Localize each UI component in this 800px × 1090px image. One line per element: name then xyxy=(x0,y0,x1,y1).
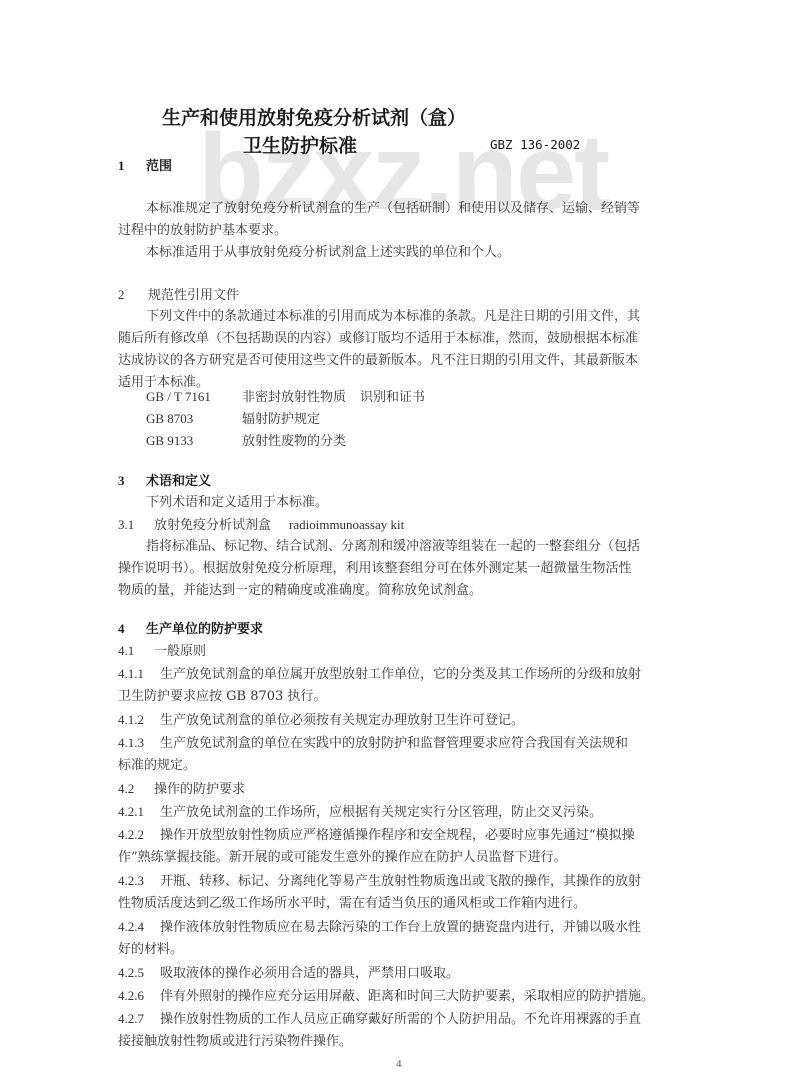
document-title-line2: 卫生防护标准 xyxy=(243,131,357,158)
subsection-number: 4.1 xyxy=(118,640,154,662)
subsection-4-2-heading: 4.2操作的防护要求 xyxy=(118,778,684,801)
clause-number: 4.2.7 xyxy=(118,1008,160,1030)
section-number: 2 xyxy=(118,284,148,306)
reference-title: 辐射防护规定 xyxy=(242,412,320,427)
clause-4-2-3: 4.2.3开瓶、转移、标记、分离纯化等易产生放射性物质逸出或飞散的操作，其操作的… xyxy=(118,870,684,893)
page-number: 4 xyxy=(396,1058,402,1070)
paragraph-line: 指将标准品、标记物、结合试剂、分离剂和缓冲溶液等组装在一起的一整套组分（包括 xyxy=(146,536,712,558)
clause-continuation: 作”熟练掌握技能。新开展的或可能发生意外的操作应在防护人员监督下进行。 xyxy=(118,847,684,869)
reference-title: 非密封放射性物质 xyxy=(242,390,346,405)
clause-continuation: 性物质活度达到乙级工作场所水平时，需在有适当负压的通风柜或工作箱内进行。 xyxy=(118,893,684,915)
clause-text: 伴有外照射的操作应充分运用屏蔽、距离和时间三大防护要素，采取相应的防护措施。 xyxy=(160,989,654,1004)
clause-text: 生产放免试剂盒的工作场所，应根据有关规定实行分区管理，防止交叉污染。 xyxy=(160,805,602,820)
clause-continuation: 卫生防护要求应按 GB 8703 执行。 xyxy=(118,686,684,708)
term-number: 3.1 xyxy=(118,514,154,536)
paragraph-line: 下列术语和定义适用于本标准。 xyxy=(146,492,712,514)
clause-number: 4.2.4 xyxy=(118,916,160,938)
section-title: 术语和定义 xyxy=(146,474,211,489)
clause-number: 4.1.3 xyxy=(118,732,160,754)
paragraph-line: 过程中的放射防护基本要求。 xyxy=(118,220,684,242)
clause-number: 4.2.5 xyxy=(118,962,160,984)
paragraph-line: 本标准规定了放射免疫分析试剂盒的生产（包括研制）和使用以及储存、运输、经销等 xyxy=(146,198,712,220)
clause-number: 4.2.2 xyxy=(118,824,160,846)
clause-text: 生产放免试剂盒的单位在实践中的放射防护和监督管理要求应符合我国有关法规和 xyxy=(160,736,628,751)
clause-text: 生产放免试剂盒的单位属开放型放射工作单位，它的分类及其工作场所的分级和放射 xyxy=(160,667,641,682)
subsection-number: 4.2 xyxy=(118,778,154,800)
clause-continuation: 好的材料。 xyxy=(118,939,684,961)
subsection-4-1-heading: 4.1一般原则 xyxy=(118,640,684,663)
clause-4-2-2: 4.2.2操作开放型放射性物质应严格遵循操作程序和安全规程，必要时应事先通过“模… xyxy=(118,824,684,847)
clause-number: 4.2.6 xyxy=(118,985,160,1007)
section-title: 规范性引用文件 xyxy=(148,288,239,303)
clause-number: 4.1.1 xyxy=(118,663,160,685)
reference-title: 放射性废物的分类 xyxy=(242,434,346,449)
reference-title-part2: 识别和证书 xyxy=(360,390,425,405)
clause-text: 操作开放型放射性物质应严格遵循操作程序和安全规程，必要时应事先通过“模拟操 xyxy=(160,828,635,843)
reference-code: GB 9133 xyxy=(146,430,242,452)
clause-4-2-6: 4.2.6伴有外照射的操作应充分运用屏蔽、距离和时间三大防护要素，采取相应的防护… xyxy=(118,985,684,1008)
paragraph-line: 随后所有修改单（不包括勘误的内容）或修订版均不适用于本标准，然而，鼓励根据本标准 xyxy=(118,328,684,350)
section-3-heading: 3术语和定义 xyxy=(118,470,684,493)
subsection-title: 一般原则 xyxy=(154,644,206,659)
clause-4-1-3: 4.1.3生产放免试剂盒的单位在实践中的放射防护和监督管理要求应符合我国有关法规… xyxy=(118,732,684,755)
clause-text: 生产放免试剂盒的单位必须按有关规定办理放射卫生许可登记。 xyxy=(160,713,524,728)
clause-number: 4.2.3 xyxy=(118,870,160,892)
reference-item: GB 9133放射性废物的分类 xyxy=(146,430,712,453)
section-1-heading: 1范围 xyxy=(118,155,684,178)
clause-4-2-1: 4.2.1生产放免试剂盒的工作场所，应根据有关规定实行分区管理，防止交叉污染。 xyxy=(118,801,684,824)
clause-4-1-1: 4.1.1生产放免试剂盒的单位属开放型放射工作单位，它的分类及其工作场所的分级和… xyxy=(118,663,684,686)
clause-4-2-5: 4.2.5吸取液体的操作必须用合适的器具，严禁用口吸取。 xyxy=(118,962,684,985)
section-4-heading: 4生产单位的防护要求 xyxy=(118,618,684,641)
term-heading: 3.1放射免疫分析试剂盒radioimmunoassay kit xyxy=(118,514,684,537)
clause-continuation: 接接触放射性物质或进行污染物件操作。 xyxy=(118,1031,684,1053)
clause-number: 4.2.1 xyxy=(118,801,160,823)
clause-number: 4.1.2 xyxy=(118,709,160,731)
term-name-en: radioimmunoassay kit xyxy=(289,517,404,532)
section-number: 4 xyxy=(118,618,146,640)
paragraph-line: 本标准适用于从事放射免疫分析试剂盒上述实践的单位和个人。 xyxy=(146,242,712,264)
subsection-title: 操作的防护要求 xyxy=(154,782,245,797)
clause-4-2-7: 4.2.7操作放射性物质的工作人员应正确穿戴好所需的个人防护用品。不允许用裸露的… xyxy=(118,1008,684,1031)
clause-4-2-4: 4.2.4操作液体放射性物质应在易去除污染的工作台上放置的搪瓷盘内进行，并铺以吸… xyxy=(118,916,684,939)
reference-item: GB / T 7161非密封放射性物质识别和证书 xyxy=(146,386,712,409)
section-2-heading: 2规范性引用文件 xyxy=(118,284,684,307)
paragraph-line: 操作说明书）。根据放射免疫分析原理，利用该整套组分可在体外测定某一超微量生物活性 xyxy=(118,558,684,580)
document-page: 生产和使用放射免疫分析试剂（盒） 卫生防护标准 GBZ 136-2002 1范围… xyxy=(0,0,800,1090)
reference-code: GB 8703 xyxy=(146,408,242,430)
standard-code: GBZ 136-2002 xyxy=(490,137,580,152)
clause-text: 开瓶、转移、标记、分离纯化等易产生放射性物质逸出或飞散的操作，其操作的放射 xyxy=(160,874,641,889)
clause-text: 操作液体放射性物质应在易去除污染的工作台上放置的搪瓷盘内进行，并铺以吸水性 xyxy=(160,920,641,935)
section-number: 1 xyxy=(118,155,146,177)
reference-code: GB / T 7161 xyxy=(146,386,242,408)
paragraph-line: 达成协议的各方研究是否可使用这些文件的最新版本。凡不注日期的引用文件，其最新版本 xyxy=(118,350,684,372)
document-title-line1: 生产和使用放射免疫分析试剂（盒） xyxy=(162,103,466,130)
clause-continuation: 标准的规定。 xyxy=(118,755,684,777)
paragraph-line: 物质的量，并能达到一定的精确度或准确度。简称放免试剂盒。 xyxy=(118,580,684,602)
section-title: 生产单位的防护要求 xyxy=(146,622,263,637)
term-name-zh: 放射免疫分析试剂盒 xyxy=(154,518,271,533)
paragraph-line: 下列文件中的条款通过本标准的引用而成为本标准的条款。凡是注日期的引用文件，其 xyxy=(146,306,712,328)
section-title: 范围 xyxy=(146,159,172,174)
clause-text: 吸取液体的操作必须用合适的器具，严禁用口吸取。 xyxy=(160,966,459,981)
clause-4-1-2: 4.1.2生产放免试剂盒的单位必须按有关规定办理放射卫生许可登记。 xyxy=(118,709,684,732)
reference-item: GB 8703辐射防护规定 xyxy=(146,408,712,431)
section-number: 3 xyxy=(118,470,146,492)
clause-text: 操作放射性物质的工作人员应正确穿戴好所需的个人防护用品。不允许用裸露的手直 xyxy=(160,1012,641,1027)
